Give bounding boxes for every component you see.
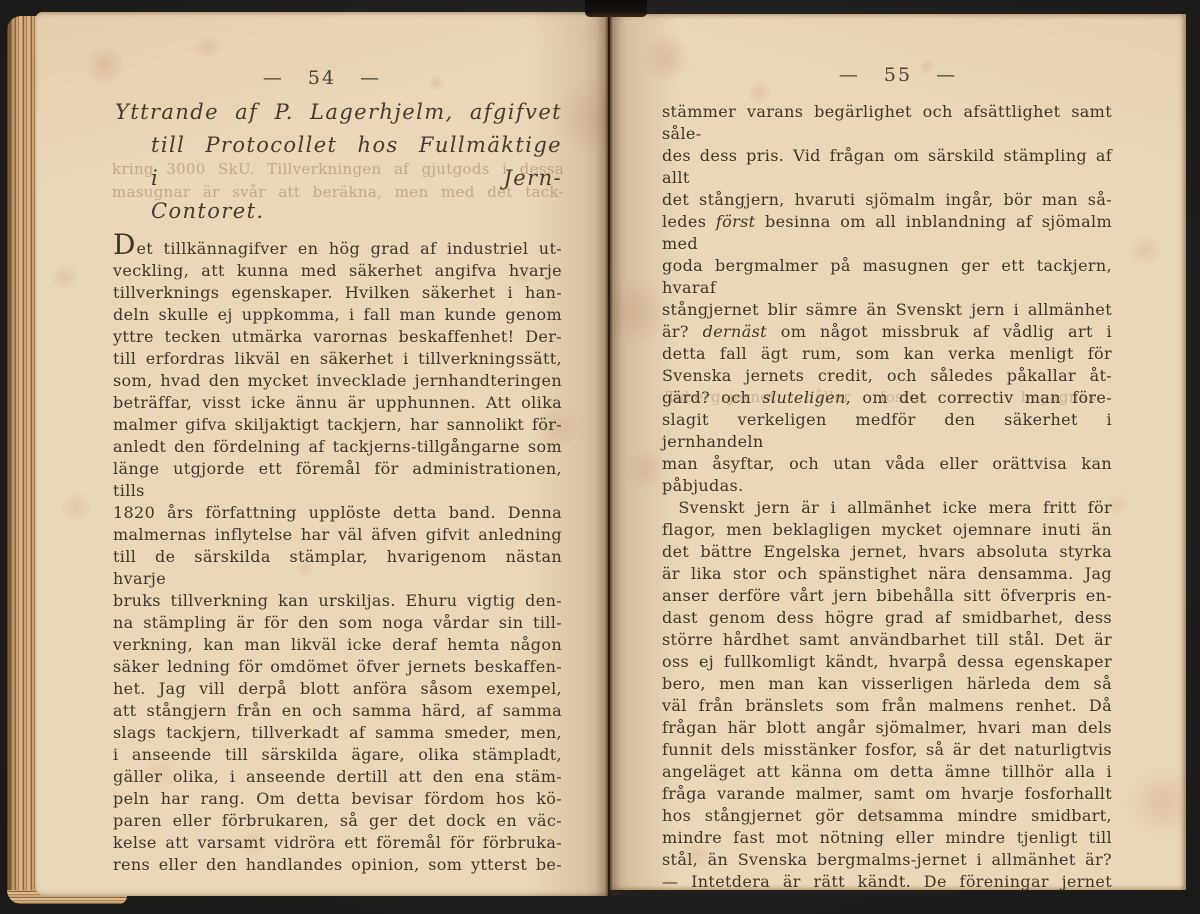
text-line: till de särskilda stämplar, hvarigenom n… — [113, 546, 562, 590]
text-line: Svenska jernets credit, och således påka… — [662, 365, 1112, 387]
text-line: verkning, kan man likväl icke deraf hemt… — [113, 634, 562, 656]
text-line: till erfordras likväl en säkerhet i till… — [113, 348, 562, 370]
text-line: funnit dels misstänker fosfor, så är det… — [662, 739, 1112, 761]
text-line: na stämpling är för den som noga vårdar … — [113, 612, 562, 634]
text-line: angeläget att känna om detta ämne tillhö… — [662, 761, 1112, 783]
text-line: veckling, att kunna med säkerhet angifva… — [113, 260, 562, 282]
text-line: gärd? och sluteligen, om det correctiv m… — [662, 387, 1112, 409]
text-line: stål, än Svenska bergmalms-jernet i allm… — [662, 849, 1112, 871]
text-line: stångjernet blir sämre än Svenskt jern i… — [662, 299, 1112, 321]
text-line: Det tillkännagifver en hög grad af indus… — [113, 231, 562, 260]
text-line: rens eller den handlandes opinion, som y… — [113, 854, 562, 876]
text-line: är lika stor och spänstighet nära densam… — [662, 563, 1112, 585]
text-line: bero, men man kan visserligen härleda de… — [662, 673, 1112, 695]
text-line: som, hvad den mycket invecklade jernhand… — [113, 370, 562, 392]
text-line: bruks tillverkning kan urskiljas. Ehuru … — [113, 590, 562, 612]
text-line: slags tackjern, tillverkadt af samma sme… — [113, 722, 562, 744]
text-line: stämmer varans begärlighet och afsättlig… — [662, 101, 1112, 145]
text-line: att stångjern från en och samma härd, af… — [113, 700, 562, 722]
text-line: man åsyftar, och utan våda eller orättvi… — [662, 453, 1112, 475]
text-line: goda bergmalmer på masugnen ger ett tack… — [662, 255, 1112, 299]
text-line: till Protocollet hos Fullmäktige i Jern- — [115, 129, 562, 195]
text-line: slagit verkeligen medför den säkerhet i … — [662, 409, 1112, 453]
text-line: des dess pris. Vid frågan om särskild st… — [662, 145, 1112, 189]
text-line: flagor, men beklagligen mycket ojemnare … — [662, 519, 1112, 541]
section-heading: Yttrande af P. Lagerhjelm, afgifvettill … — [36, 96, 608, 228]
text-line: större hårdhet samt användbarhet till st… — [662, 629, 1112, 651]
text-line: yttre tecken utmärka varornas beskaffenh… — [113, 326, 562, 348]
text-line: Yttrande af P. Lagerhjelm, afgifvet — [115, 96, 562, 129]
text-line: mindre fast mot nötning eller mindre tje… — [662, 827, 1112, 849]
text-line: beträffar, visst icke ännu är upphunnen.… — [113, 392, 562, 414]
text-line: Contoret. — [115, 195, 562, 228]
text-line: ledes först besinna om all inblandning a… — [662, 211, 1112, 255]
text-line: det stångjern, hvaruti sjömalm ingår, bö… — [662, 189, 1112, 211]
book-page-54: — 54 — Yttrande af P. Lagerhjelm, afgifv… — [36, 12, 608, 896]
text-line: är? dernäst om något missbruk af vådlig … — [662, 321, 1112, 343]
text-line: kelse att varsamt vidröra ett föremål fö… — [113, 832, 562, 854]
text-line: länge utgjorde ett föremål för administr… — [113, 458, 562, 502]
text-line: het. Jag vill derpå blott anföra såsom e… — [113, 678, 562, 700]
text-line: anser derföre vårt jern bibehålla sitt ö… — [662, 585, 1112, 607]
book-spine-notch — [585, 0, 647, 17]
body-text-page-55: stämmer varans begärlighet och afsättlig… — [610, 101, 1186, 893]
text-line: det bättre Engelska jernet, hvars absolu… — [662, 541, 1112, 563]
text-line: i anseende till särskilda ägare, olika s… — [113, 744, 562, 766]
text-line: 1820 års författning upplöste detta band… — [113, 502, 562, 524]
text-line: anledt den fördelning af tackjerns-tillg… — [113, 436, 562, 458]
text-line: detta fall ägt rum, som kan verka menlig… — [662, 343, 1112, 365]
page-number-55: — 55 — — [610, 64, 1186, 86]
text-line: säker ledning för omdömet öfver jernets … — [113, 656, 562, 678]
text-line: väl från bränslets som från malmens renh… — [662, 695, 1112, 717]
text-line: gäller olika, i anseende dertill att den… — [113, 766, 562, 788]
text-line: dast genom dess högre grad af smidbarhet… — [662, 607, 1112, 629]
text-line: påbjudas. — [662, 475, 1112, 497]
text-line: deln skulle ej uppkomma, i fall man kund… — [113, 304, 562, 326]
body-text-page-54: Det tillkännagifver en hög grad af indus… — [36, 231, 608, 876]
text-line: malmernas inflytelse har väl äfven gifvi… — [113, 524, 562, 546]
page-number-54: — 54 — — [36, 67, 608, 89]
book-page-55: — 55 — Tabergsjernet håller fosfor, men … — [610, 14, 1186, 890]
text-line: hos stångjernet gör detsamma mindre smid… — [662, 805, 1112, 827]
text-line: oss ej fullkomligt kändt, hvarpå dessa e… — [662, 651, 1112, 673]
text-line: Svenskt jern är i allmänhet icke mera fr… — [662, 497, 1112, 519]
text-line: — Intetdera är rätt kändt. De föreningar… — [662, 871, 1112, 893]
text-line: malmer gifva skiljaktigt tackjern, har s… — [113, 414, 562, 436]
text-line: frågan här blott angår sjömalmer, hvari … — [662, 717, 1112, 739]
text-line: paren eller förbrukaren, så ger det dock… — [113, 810, 562, 832]
text-line: tillverknings egenskaper. Hvilken säkerh… — [113, 282, 562, 304]
text-line: peln har rang. Om detta bevisar fördom h… — [113, 788, 562, 810]
text-line: fråga varande malmer, samt om hvarje fos… — [662, 783, 1112, 805]
